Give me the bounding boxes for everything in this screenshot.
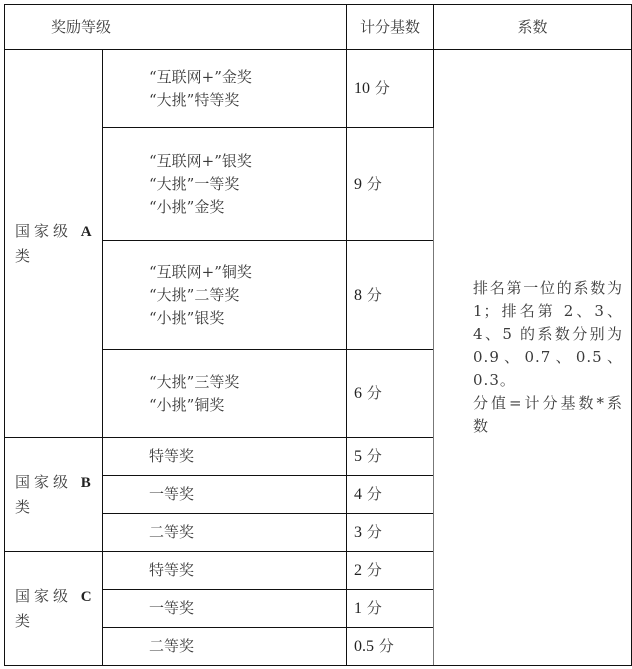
award-line: “小挑”金奖 [149, 196, 346, 219]
score-cell: 10 分 [347, 50, 434, 128]
award-line: “大挑”三等奖 [149, 371, 346, 394]
award-line: “小挑”银奖 [149, 307, 346, 330]
header-base-score: 计分基数 [347, 5, 434, 50]
header-coefficient: 系数 [434, 5, 632, 50]
score-cell: 9 分 [347, 128, 434, 241]
header-award-level: 奖励等级 [5, 5, 347, 50]
score-value: 4 [354, 486, 362, 503]
award-line: “小挑”铜奖 [149, 394, 346, 417]
score-value: 10 [354, 80, 370, 97]
score-value: 2 [354, 562, 362, 579]
category-label: 国家级 [15, 473, 72, 491]
award-cell: “互联网+”铜奖 “大挑”二等奖 “小挑”银奖 [103, 241, 347, 350]
score-unit: 分 [375, 79, 390, 97]
award-line: “大挑”一等奖 [149, 173, 346, 196]
score-unit: 分 [367, 523, 382, 541]
award-line: “大挑”二等奖 [149, 284, 346, 307]
award-cell: 二等奖 [103, 628, 347, 666]
score-unit: 分 [367, 175, 382, 193]
category-letter: C [81, 589, 92, 605]
award-cell: “互联网+”金奖 “大挑”特等奖 [103, 50, 347, 128]
award-line: “大挑”特等奖 [149, 89, 346, 112]
award-cell: 特等奖 [103, 552, 347, 590]
category-label: 国家级 [15, 587, 72, 605]
score-unit: 分 [367, 485, 382, 503]
category-b-cell: 国家级 B 类 [5, 438, 103, 552]
score-value: 3 [354, 524, 362, 541]
score-unit: 分 [367, 447, 382, 465]
category-suffix: 类 [15, 498, 34, 516]
category-suffix: 类 [15, 247, 34, 265]
coefficient-rule: 排名第一位的系数为 1；排名第 2、3、4、5 的系数分别为 0.9、0.7、0… [443, 277, 623, 392]
score-value: 0.5 [354, 638, 374, 655]
category-a-cell: 国家级 A 类 [5, 50, 103, 438]
score-unit: 分 [367, 384, 382, 402]
award-scoring-table: 奖励等级 计分基数 系数 国家级 A 类 “互联网+”金奖 “大挑”特等奖 10… [4, 4, 632, 666]
award-cell: 一等奖 [103, 590, 347, 628]
score-cell: 4 分 [347, 476, 434, 514]
award-line: “互联网+”金奖 [149, 66, 346, 89]
score-cell: 6 分 [347, 350, 434, 438]
category-label: 国家级 [15, 222, 72, 240]
score-cell: 3 分 [347, 514, 434, 552]
score-unit: 分 [367, 599, 382, 617]
score-value: 1 [354, 600, 362, 617]
award-cell: 一等奖 [103, 476, 347, 514]
score-cell: 1 分 [347, 590, 434, 628]
score-cell: 2 分 [347, 552, 434, 590]
score-value: 9 [354, 176, 362, 193]
award-cell: 特等奖 [103, 438, 347, 476]
category-c-cell: 国家级 C 类 [5, 552, 103, 666]
coefficient-cell: 排名第一位的系数为 1；排名第 2、3、4、5 的系数分别为 0.9、0.7、0… [434, 50, 632, 666]
award-cell: “互联网+”银奖 “大挑”一等奖 “小挑”金奖 [103, 128, 347, 241]
table-row: 国家级 A 类 “互联网+”金奖 “大挑”特等奖 10 分 排名第一位的系数为 … [5, 50, 632, 128]
score-value: 5 [354, 448, 362, 465]
award-line: “互联网+”银奖 [149, 150, 346, 173]
award-cell: “大挑”三等奖 “小挑”铜奖 [103, 350, 347, 438]
category-letter: B [81, 475, 91, 491]
header-row: 奖励等级 计分基数 系数 [5, 5, 632, 50]
category-suffix: 类 [15, 612, 34, 630]
score-unit: 分 [367, 286, 382, 304]
score-cell: 0.5 分 [347, 628, 434, 666]
score-cell: 5 分 [347, 438, 434, 476]
award-cell: 二等奖 [103, 514, 347, 552]
score-value: 8 [354, 287, 362, 304]
category-letter: A [81, 224, 92, 240]
score-cell: 8 分 [347, 241, 434, 350]
score-value: 6 [354, 385, 362, 402]
coefficient-formula: 分值=计分基数*系数 [443, 392, 623, 438]
score-unit: 分 [367, 561, 382, 579]
award-line: “互联网+”铜奖 [149, 261, 346, 284]
score-unit: 分 [379, 637, 394, 655]
